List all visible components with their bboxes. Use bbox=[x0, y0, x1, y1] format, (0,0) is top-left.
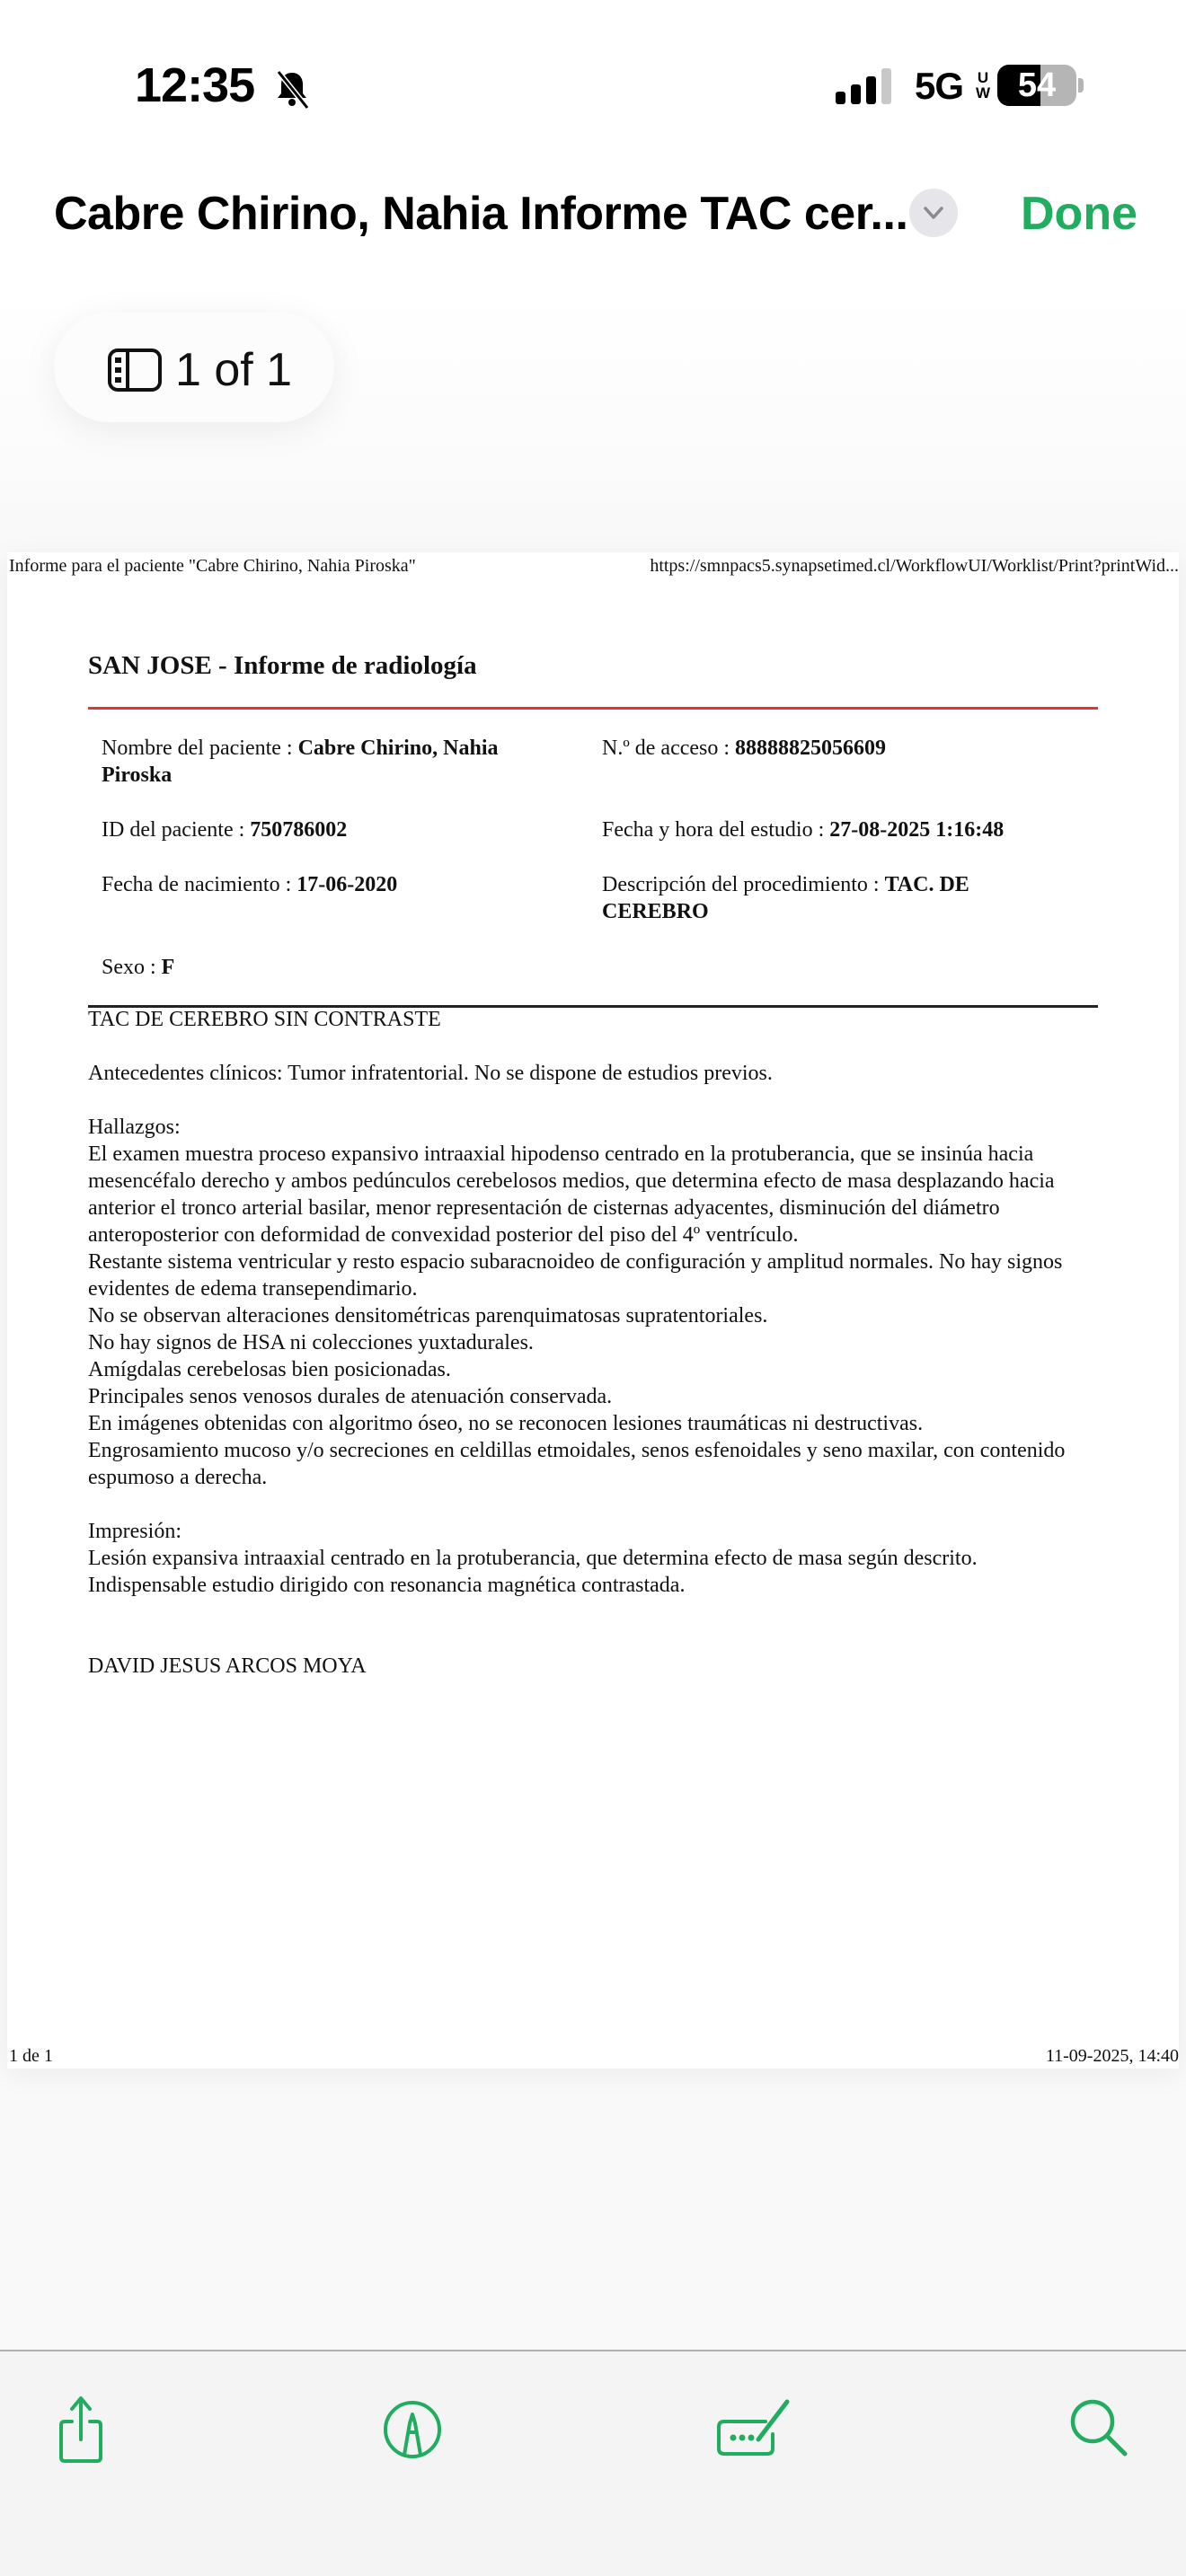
nav-bar: Cabre Chirino, Nahia Informe TAC cer... … bbox=[0, 171, 1186, 251]
sidebar-thumbnails-icon bbox=[108, 348, 164, 392]
battery-tip bbox=[1078, 78, 1084, 93]
clinical-history: Antecedentes clínicos: Tumor infratentor… bbox=[88, 1060, 1112, 1087]
field-label: Sexo : bbox=[102, 956, 162, 979]
study-name: TAC DE CEREBRO SIN CONTRASTE bbox=[88, 1006, 1112, 1033]
page-count: 1 of 1 bbox=[175, 343, 292, 397]
finding-item: No hay signos de HSA ni colecciones yuxt… bbox=[88, 1329, 1112, 1356]
print-footer-page: 1 de 1 bbox=[9, 2046, 53, 2067]
impression-item: Indispensable estudio dirigido con reson… bbox=[88, 1572, 1112, 1599]
cellular-signal-icon bbox=[836, 66, 897, 106]
page-indicator-button[interactable]: 1 of 1 bbox=[54, 313, 334, 422]
findings-heading: Hallazgos: bbox=[88, 1114, 1112, 1141]
finding-item: Amígdalas cerebelosas bien posicionadas. bbox=[88, 1356, 1112, 1383]
document-title[interactable]: Cabre Chirino, Nahia Informe TAC cer... bbox=[54, 187, 907, 241]
search-icon bbox=[1058, 2387, 1139, 2468]
field-value: 17-06-2020 bbox=[296, 873, 397, 896]
field-label: Descripción del procedimiento : bbox=[602, 873, 885, 896]
share-button[interactable] bbox=[45, 2387, 126, 2468]
finding-item: El examen muestra proceso expansivo intr… bbox=[88, 1141, 1112, 1248]
field-label: Fecha de nacimiento : bbox=[102, 873, 296, 896]
share-icon bbox=[45, 2387, 126, 2468]
field-value: F bbox=[162, 956, 175, 979]
finding-item: En imágenes obtenidas con algoritmo óseo… bbox=[88, 1410, 1112, 1437]
network-type-suffix: UW bbox=[974, 70, 992, 101]
status-time: 12:35 bbox=[135, 57, 254, 113]
network-type: 5G bbox=[915, 65, 963, 108]
accession-field: N.º de acceso : 88888825056609 bbox=[602, 735, 886, 762]
fill-and-sign-button[interactable] bbox=[712, 2387, 801, 2468]
done-button[interactable]: Done bbox=[1021, 187, 1137, 241]
document-page: Informe para el paciente "Cabre Chirino,… bbox=[7, 552, 1179, 2069]
title-menu-button[interactable] bbox=[909, 189, 958, 237]
finding-item: Principales senos venosos durales de ate… bbox=[88, 1383, 1112, 1410]
impression-heading: Impresión: bbox=[88, 1518, 1112, 1545]
report-title: SAN JOSE - Informe de radiología bbox=[88, 651, 477, 681]
search-button[interactable] bbox=[1058, 2387, 1139, 2468]
report-body: TAC DE CEREBRO SIN CONTRASTE Antecedente… bbox=[88, 1006, 1112, 1680]
finding-item: Engrosamiento mucoso y/o secreciones en … bbox=[88, 1437, 1112, 1491]
field-label: Fecha y hora del estudio : bbox=[602, 818, 829, 842]
markup-button[interactable] bbox=[372, 2387, 453, 2468]
print-header-left: Informe para el paciente "Cabre Chirino,… bbox=[9, 556, 416, 577]
field-label: Nombre del paciente : bbox=[102, 737, 298, 760]
title-divider bbox=[88, 707, 1098, 710]
print-header-url: https://smnpacs5.synapsetimed.cl/Workflo… bbox=[650, 556, 1179, 577]
findings-list: El examen muestra proceso expansivo intr… bbox=[88, 1141, 1112, 1491]
fill-and-sign-icon bbox=[712, 2387, 801, 2468]
finding-item: Restante sistema ventricular y resto esp… bbox=[88, 1248, 1112, 1302]
birth-date-field: Fecha de nacimiento : 17-06-2020 bbox=[102, 871, 397, 898]
battery-icon: 54 bbox=[997, 65, 1076, 106]
chevron-down-icon bbox=[923, 204, 944, 222]
study-datetime-field: Fecha y hora del estudio : 27-08-2025 1:… bbox=[602, 816, 1004, 843]
markup-icon bbox=[372, 2387, 453, 2468]
impression-list: Lesión expansiva intraaxial centrado en … bbox=[88, 1545, 1112, 1599]
field-value: 750786002 bbox=[250, 818, 347, 842]
patient-name-field: Nombre del paciente : Cabre Chirino, Nah… bbox=[102, 735, 569, 789]
field-value: 27-08-2025 1:16:48 bbox=[829, 818, 1004, 842]
impression-item: Lesión expansiva intraaxial centrado en … bbox=[88, 1545, 1112, 1572]
field-label: N.º de acceso : bbox=[602, 737, 735, 760]
print-footer-datetime: 11-09-2025, 14:40 bbox=[1046, 2046, 1179, 2067]
battery-level: 54 bbox=[997, 65, 1076, 106]
bell-slash-icon bbox=[271, 68, 313, 110]
patient-id-field: ID del paciente : 750786002 bbox=[102, 816, 347, 843]
bottom-toolbar bbox=[0, 2350, 1186, 2576]
status-bar: 12:35 5G UW 54 bbox=[0, 0, 1186, 171]
procedure-field: Descripción del procedimiento : TAC. DE … bbox=[602, 871, 1033, 925]
field-value: 88888825056609 bbox=[735, 737, 886, 760]
sex-field: Sexo : F bbox=[102, 954, 174, 981]
radiologist-signature: DAVID JESUS ARCOS MOYA bbox=[88, 1653, 1112, 1680]
finding-item: No se observan alteraciones densitométri… bbox=[88, 1302, 1112, 1329]
field-label: ID del paciente : bbox=[102, 818, 250, 842]
